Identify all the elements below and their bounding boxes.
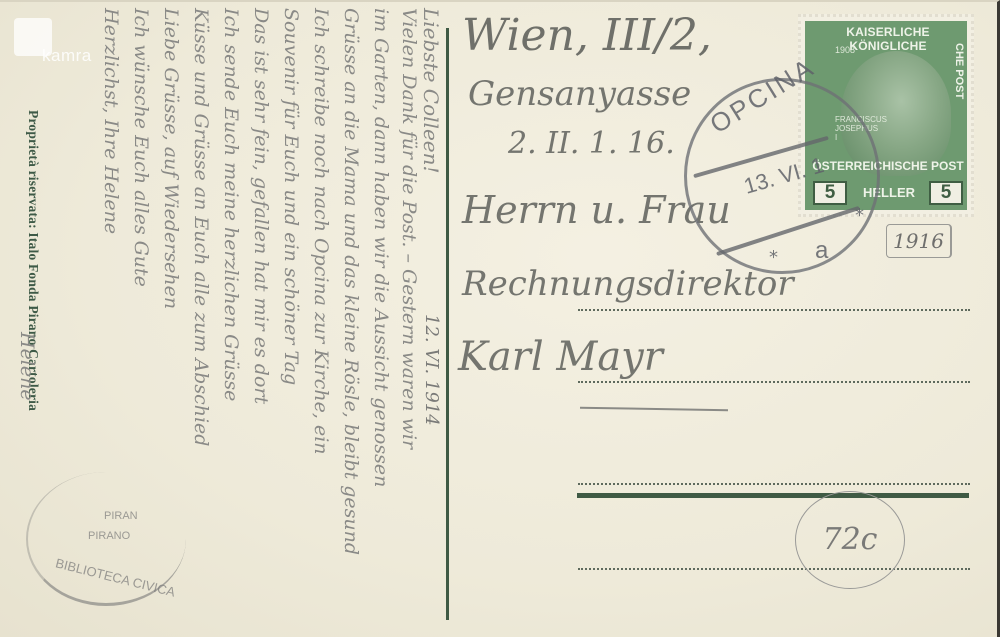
kamra-watermark: kamra: [14, 18, 104, 68]
postmark-star-icon: *: [855, 205, 864, 226]
address-dotted-line: [578, 483, 970, 485]
address-name-line-2: Karl Mayr: [458, 334, 663, 380]
postcard-back: kamra Proprietà riservata: Italo Fonda P…: [0, 0, 1000, 637]
message-line: Liebe Grüsse, auf Wiedersehen: [160, 8, 182, 309]
message-line: Souvenir für Euch und ein schöner Tag: [280, 8, 302, 385]
pencil-underline: [580, 407, 728, 412]
message-line: Vielen Dank für die Post. – Gestern ware…: [398, 8, 420, 449]
address-dotted-line: [578, 568, 970, 570]
message-signature: Helene: [16, 332, 38, 401]
library-stamp-line-1: PIRAN: [104, 510, 138, 522]
postmark-letter: a: [815, 237, 828, 265]
address-street: Gensanyasse: [468, 74, 691, 114]
message-line: Das ist sehr fein, gefallen hat mir es d…: [250, 8, 272, 404]
message-line: Ich sende Euch meine herzlichen Grüsse: [220, 8, 242, 401]
archive-circled-code: 72c: [795, 491, 905, 589]
address-date-note: 2. II. 1. 16.: [508, 126, 675, 161]
address-city: Wien, III/2,: [462, 10, 712, 61]
postmark: OPCINA 13. VI. 1 * * a: [684, 78, 880, 274]
postmark-bar: [716, 206, 860, 256]
message-line: Herzlichst, Ihre Helene: [100, 8, 122, 234]
address-title: Rechnungsdirektor: [462, 264, 794, 304]
message-line: Ich wünsche Euch alles Gute: [130, 8, 152, 287]
stamp-right-text: CHE POST: [953, 43, 965, 99]
message-line: im Garten, dann haben wir die Aussicht g…: [370, 8, 392, 487]
message-line: Grüsse an die Mama und das kleine Rösle,…: [340, 8, 362, 555]
address-dotted-line: [578, 309, 970, 311]
library-stamp-arc: BIBLIOTECA CIVICA: [54, 555, 177, 599]
address-solid-line: [577, 493, 969, 498]
postmark-town: OPCINA: [705, 51, 821, 140]
stamp-value-right: 5: [929, 181, 963, 205]
watermark-brand: kamra: [42, 46, 92, 66]
stamp-year: 1908: [835, 45, 855, 55]
library-stamp-line-2: PIRANO: [88, 530, 130, 542]
message-salutation: Liebste Colleen!: [419, 8, 443, 174]
message-line: Küsse und Grüsse an Euch alle zum Abschi…: [190, 8, 212, 446]
address-dotted-line: [578, 381, 970, 383]
archive-year-note: 1916: [886, 224, 952, 258]
library-stamp: PIRAN PIRANO BIBLIOTECA CIVICA: [26, 472, 186, 606]
message-line: Ich schreibe noch nach Opcina zur Kirche…: [310, 8, 332, 455]
center-divider: [446, 28, 449, 620]
postmark-star-icon: *: [769, 247, 778, 268]
message-date: 12. VI. 1914: [421, 314, 442, 426]
